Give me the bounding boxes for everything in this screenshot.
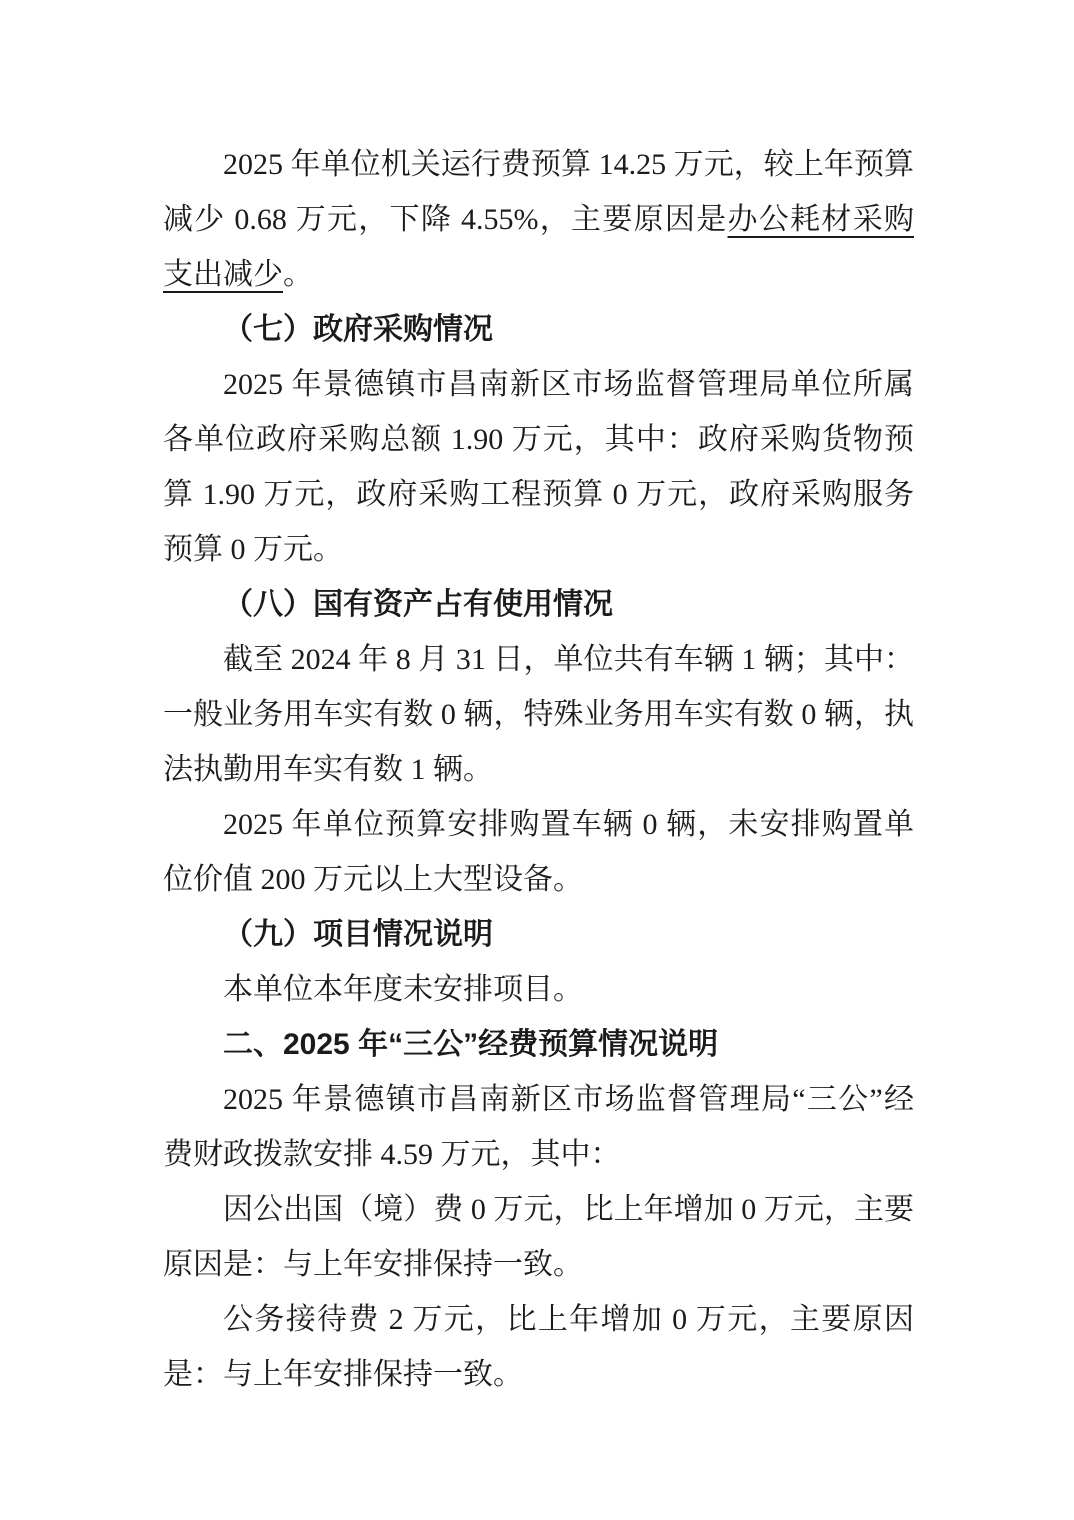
- paragraph-vehicles: 截至 2024 年 8 月 31 日，单位共有车辆 1 辆；其中：一般业务用车实…: [163, 632, 914, 797]
- paragraph-projects: 本单位本年度未安排项目。: [163, 962, 914, 1017]
- heading-section-9-projects: （九）项目情况说明: [163, 907, 914, 962]
- paragraph-equipment: 2025 年单位预算安排购置车辆 0 辆，未安排购置单位价值 200 万元以上大…: [163, 797, 914, 907]
- paragraph-abroad-fee: 因公出国（境）费 0 万元，比上年增加 0 万元，主要原因是：与上年安排保持一致…: [163, 1182, 914, 1292]
- document-page: 2025 年单位机关运行费预算 14.25 万元，较上年预算减少 0.68 万元…: [0, 0, 1074, 1520]
- paragraph-reception-fee: 公务接待费 2 万元，比上年增加 0 万元，主要原因是：与上年安排保持一致。: [163, 1292, 914, 1402]
- paragraph-sangong-total: 2025 年景德镇市昌南新区市场监督管理局“三公”经费财政拨款安排 4.59 万…: [163, 1072, 914, 1182]
- paragraph-gov-procurement: 2025 年景德镇市昌南新区市场监督管理局单位所属各单位政府采购总额 1.90 …: [163, 357, 914, 577]
- heading-section-8-state-assets: （八）国有资产占有使用情况: [163, 577, 914, 632]
- paragraph-admin-cost: 2025 年单位机关运行费预算 14.25 万元，较上年预算减少 0.68 万元…: [163, 137, 914, 302]
- paragraph-admin-cost-period: 。: [283, 258, 313, 291]
- heading-sangong-budget: 二、2025 年“三公”经费预算情况说明: [163, 1017, 914, 1072]
- heading-section-7-gov-procurement: （七）政府采购情况: [163, 302, 914, 357]
